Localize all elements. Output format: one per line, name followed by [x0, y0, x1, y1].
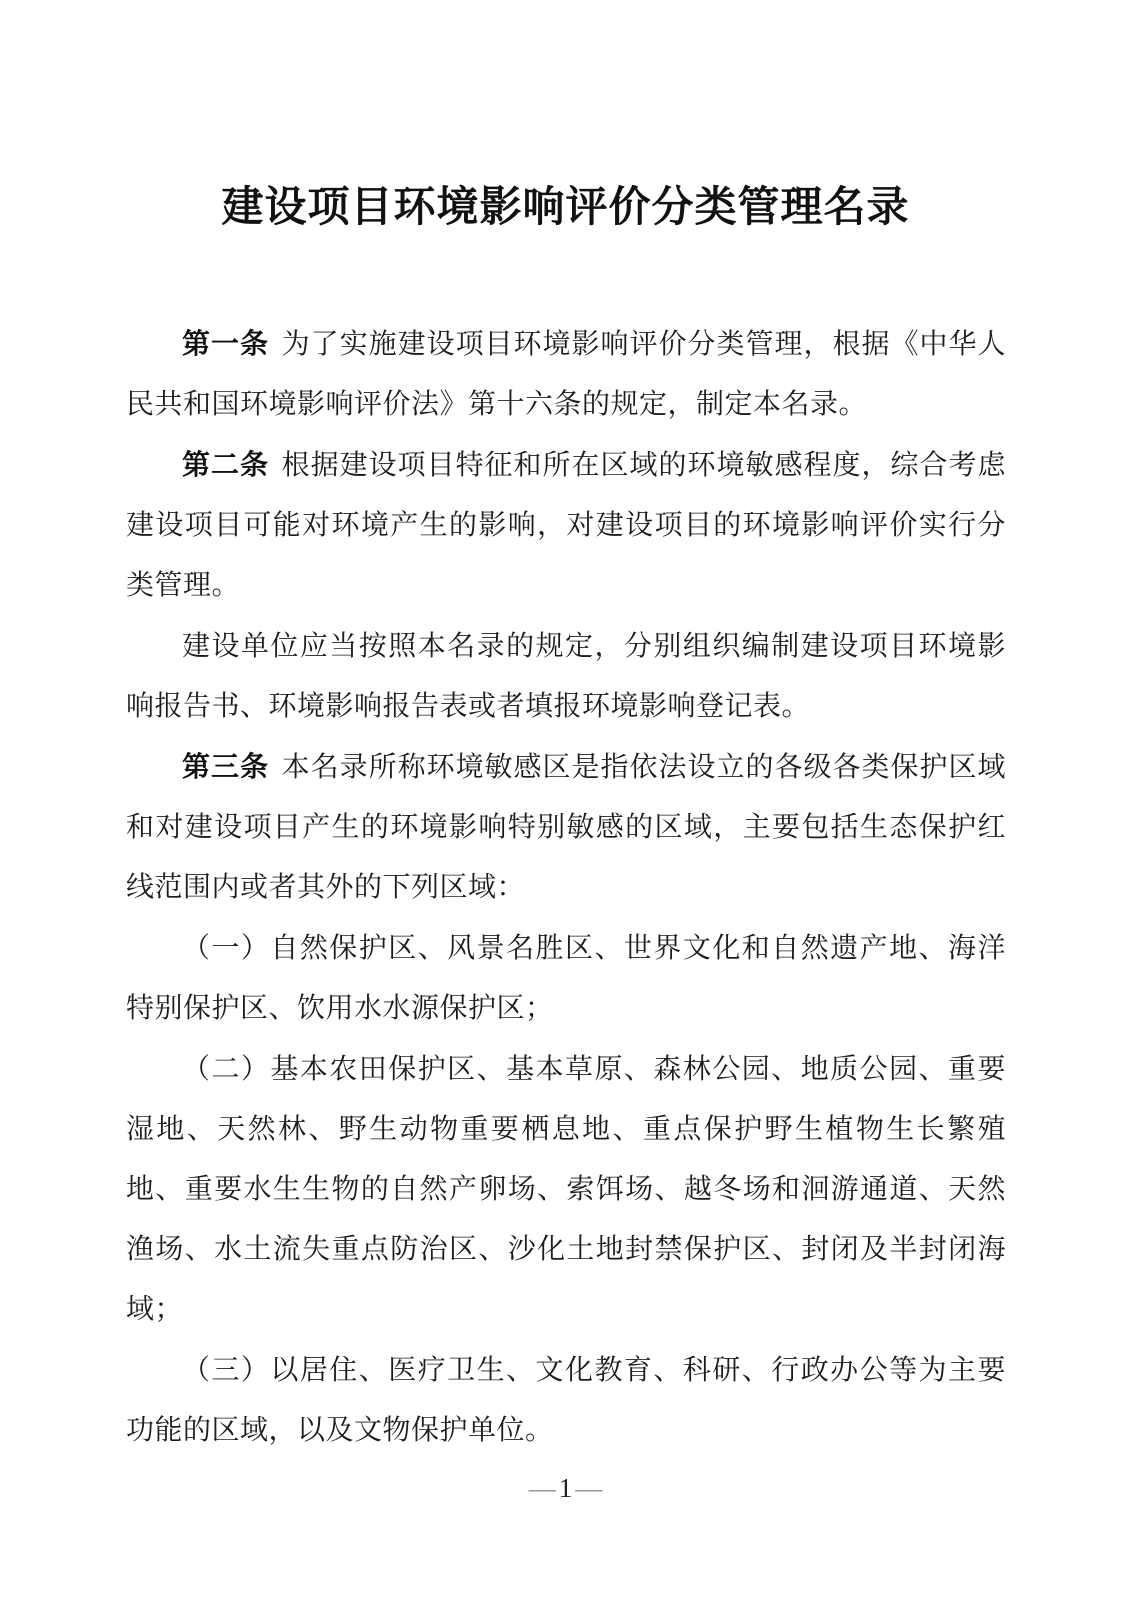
- footer-right-dash: —: [575, 1473, 602, 1503]
- article-1-paragraph: 第一条为了实施建设项目环境影响评价分类管理，根据《中华人民共和国环境影响评价法》…: [126, 314, 1006, 435]
- article-2-lead: 第二条: [182, 449, 282, 480]
- footer-left-dash: —: [529, 1473, 556, 1503]
- article-2-paragraph: 第二条根据建设项目特征和所在区域的环境敏感程度，综合考虑建设项目可能对环境产生的…: [126, 435, 1006, 616]
- article-1-lead: 第一条: [182, 328, 282, 359]
- document-page: 建设项目环境影响评价分类管理名录 第一条为了实施建设项目环境影响评价分类管理，根…: [0, 0, 1131, 1600]
- article-3-item-3: （三）以居住、医疗卫生、文化教育、科研、行政办公等为主要功能的区域，以及文物保护…: [126, 1340, 1006, 1461]
- article-3-lead: 第三条: [182, 751, 282, 782]
- article-2-subparagraph: 建设单位应当按照本名录的规定，分别组织编制建设项目环境影响报告书、环境影响报告表…: [126, 616, 1006, 737]
- page-number: 1: [556, 1473, 576, 1503]
- article-2-sub-text: 建设单位应当按照本名录的规定，分别组织编制建设项目环境影响报告书、环境影响报告表…: [126, 631, 1006, 722]
- article-3-item-2-text: （二）基本农田保护区、基本草原、森林公园、地质公园、重要湿地、天然林、野生动物重…: [126, 1054, 1006, 1325]
- article-3-item-3-text: （三）以居住、医疗卫生、文化教育、科研、行政办公等为主要功能的区域，以及文物保护…: [126, 1355, 1006, 1446]
- page-footer: —1—: [0, 1468, 1131, 1508]
- article-3-item-1: （一）自然保护区、风景名胜区、世界文化和自然遗产地、海洋特别保护区、饮用水水源保…: [126, 918, 1006, 1039]
- article-3-paragraph: 第三条本名录所称环境敏感区是指依法设立的各级各类保护区域和对建设项目产生的环境影…: [126, 737, 1006, 918]
- article-3-item-1-text: （一）自然保护区、风景名胜区、世界文化和自然遗产地、海洋特别保护区、饮用水水源保…: [126, 933, 1006, 1024]
- document-body: 第一条为了实施建设项目环境影响评价分类管理，根据《中华人民共和国环境影响评价法》…: [126, 314, 1006, 1461]
- document-title: 建设项目环境影响评价分类管理名录: [0, 174, 1131, 234]
- article-3-item-2: （二）基本农田保护区、基本草原、森林公园、地质公园、重要湿地、天然林、野生动物重…: [126, 1039, 1006, 1340]
